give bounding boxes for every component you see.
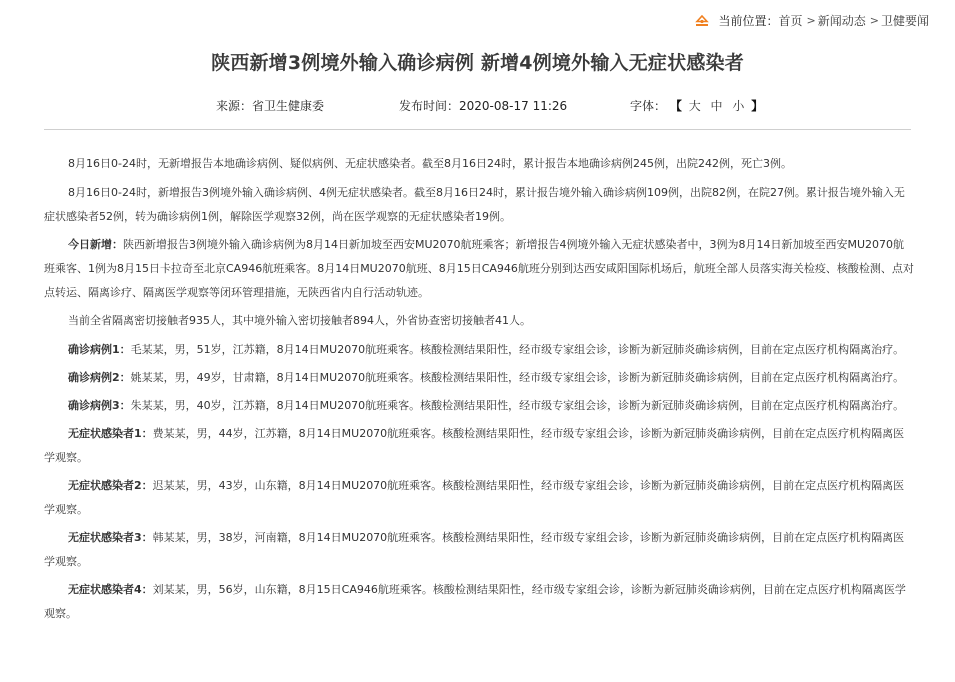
paragraph-lead: 无症状感染者2： [68,479,153,492]
paragraph-text: 当前全省隔离密切接触者935人，其中境外输入密切接触者894人，外省协查密切接触… [68,314,531,327]
article-source: 来源：省卫生健康委 [216,97,324,114]
breadcrumb-health-news-link[interactable]: 卫健要闻 [881,12,929,29]
font-large-button[interactable]: 大 [689,99,701,113]
paragraph-text: 8月16日0-24时，无新增报告本地确诊病例、疑似病例、无症状感染者。截至8月1… [68,157,792,170]
paragraph: 确诊病例2：姚某某，男，49岁，甘肃籍，8月14日MU2070航班乘客。核酸检测… [44,366,914,390]
paragraph: 今日新增：陕西新增报告3例境外输入确诊病例为8月14日新加坡至西安MU2070航… [44,233,914,305]
paragraph: 当前全省隔离密切接触者935人，其中境外输入密切接触者894人，外省协查密切接触… [44,309,914,333]
paragraph-lead: 确诊病例3： [68,399,131,412]
paragraph-lead: 今日新增： [68,238,123,251]
paragraph-lead: 无症状感染者1： [68,427,153,440]
paragraph: 无症状感染者4：刘某某，男，56岁，山东籍，8月15日CA946航班乘客。核酸检… [44,578,914,626]
breadcrumb-separator: > [807,14,816,27]
source-value: 省卫生健康委 [252,99,324,113]
bracket-close: 】 [751,99,763,113]
paragraph-text: 韩某某，男，38岁，河南籍，8月14日MU2070航班乘客。核酸检测结果阳性，经… [44,531,904,568]
font-label: 字体： [630,99,666,113]
article-body: 8月16日0-24时，无新增报告本地确诊病例、疑似病例、无症状感染者。截至8月1… [44,152,914,630]
paragraph-text: 姚某某，男，49岁，甘肃籍，8月14日MU2070航班乘客。核酸检测结果阳性，经… [131,371,905,384]
paragraph: 无症状感染者3：韩某某，男，38岁，河南籍，8月14日MU2070航班乘客。核酸… [44,526,914,574]
bracket-open: 【 [670,99,682,113]
article-title: 陕西新增3例境外输入确诊病例 新增4例境外输入无症状感染者 [0,48,955,75]
home-icon [695,15,709,27]
breadcrumb: 当前位置： 首页 > 新闻动态 > 卫健要闻 [695,12,930,29]
paragraph-lead: 无症状感染者4： [68,583,153,596]
paragraph-lead: 无症状感染者3： [68,531,153,544]
paragraph-text: 毛某某，男，51岁，江苏籍，8月14日MU2070航班乘客。核酸检测结果阳性，经… [131,343,905,356]
font-medium-button[interactable]: 中 [711,99,723,113]
paragraph: 8月16日0-24时，无新增报告本地确诊病例、疑似病例、无症状感染者。截至8月1… [44,152,914,176]
paragraph: 无症状感染者2：迟某某，男，43岁，山东籍，8月14日MU2070航班乘客。核酸… [44,474,914,522]
publish-time: 发布时间：2020-08-17 11:26 [399,97,567,114]
time-label: 发布时间： [399,99,459,113]
paragraph-lead: 确诊病例2： [68,371,131,384]
paragraph-text: 8月16日0-24时，新增报告3例境外输入确诊病例、4例无症状感染者。截至8月1… [44,186,905,223]
paragraph-text: 迟某某，男，43岁，山东籍，8月14日MU2070航班乘客。核酸检测结果阳性，经… [44,479,904,516]
paragraph-text: 刘某某，男，56岁，山东籍，8月15日CA946航班乘客。核酸检测结果阳性，经市… [44,583,906,620]
font-small-button[interactable]: 小 [732,99,744,113]
breadcrumb-separator: > [870,14,879,27]
source-label: 来源： [216,99,252,113]
paragraph: 确诊病例1：毛某某，男，51岁，江苏籍，8月14日MU2070航班乘客。核酸检测… [44,338,914,362]
paragraph-text: 费某某，男，44岁，江苏籍，8月14日MU2070航班乘客。核酸检测结果阳性，经… [44,427,904,464]
paragraph: 8月16日0-24时，新增报告3例境外输入确诊病例、4例无症状感染者。截至8月1… [44,181,914,229]
paragraph: 确诊病例3：朱某某，男，40岁，江苏籍，8月14日MU2070航班乘客。核酸检测… [44,394,914,418]
breadcrumb-home-link[interactable]: 首页 [779,12,803,29]
paragraph: 无症状感染者1：费某某，男，44岁，江苏籍，8月14日MU2070航班乘客。核酸… [44,422,914,470]
font-size-selector: 字体： 【 大 中 小 】 [630,97,763,114]
divider [44,129,911,130]
breadcrumb-news-link[interactable]: 新闻动态 [818,12,866,29]
time-value: 2020-08-17 11:26 [459,99,567,113]
paragraph-text: 朱某某，男，40岁，江苏籍，8月14日MU2070航班乘客。核酸检测结果阳性，经… [131,399,905,412]
paragraph-lead: 确诊病例1： [68,343,131,356]
paragraph-text: 陕西新增报告3例境外输入确诊病例为8月14日新加坡至西安MU2070航班乘客；新… [44,238,914,299]
breadcrumb-label: 当前位置： [719,12,779,29]
